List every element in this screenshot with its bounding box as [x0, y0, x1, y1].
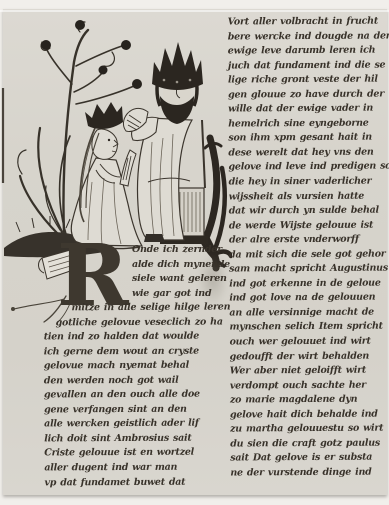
text-line: Wer aber niet geloifft wirt [230, 364, 388, 380]
manuscript-photo: R Onde ich zernder alde dich mynende sie… [0, 0, 389, 505]
text-line: dat wir durch yn sulde behal [229, 204, 387, 220]
text-line: gevallen an den ouch alle doe [44, 388, 206, 403]
text-line: gene verfangen sint an den [44, 402, 206, 417]
text-line: da mit sich die sele got gehor [229, 247, 387, 263]
text-line: ich gerne dem wout an cryste [44, 344, 206, 359]
text-line: mynschen selich Item spricht [229, 320, 387, 336]
text-line: ewige leve darumb leren ich [228, 44, 386, 60]
text-line: du sien die craft gotz paulus [230, 436, 388, 452]
text-line: sam macht spricht Augustinus [229, 262, 387, 278]
left-text-column: mitze in alle selige hilge leren gotlich… [44, 301, 207, 491]
text-line: ind got erkenne in de geloue [229, 276, 387, 292]
text-line: lige riche gront veste der hil [228, 73, 386, 89]
text-line: wille dat der ewige vader in [228, 102, 386, 118]
text-line: mitze in alle selige hilge leren [44, 301, 206, 316]
text-line: juch dat fundament ind die se [228, 58, 386, 74]
left-column-indented-text: Onde ich zernder alde dich mynende siele… [132, 243, 206, 301]
illuminated-initial: R [57, 244, 128, 308]
text-line: alde dich mynende [132, 258, 206, 273]
text-line: zu martha gelouuestu so wirt [230, 422, 388, 438]
text-line: ind got love na de gelouuen [229, 291, 387, 307]
text-line: dese werelt dat hey vns den [228, 145, 386, 161]
text-line: zo marie magdalene dyn [230, 393, 388, 409]
text-line: son ihm xpm gesant hait in [228, 131, 386, 147]
text-line: hemelrich sine eyngeborne [228, 116, 386, 132]
text-line: die hey in siner vaderlicher [229, 175, 387, 191]
text-line: tien ind zo halden dat woulde [44, 330, 206, 345]
plant-buds-icon [41, 20, 142, 89]
text-line: gotliche gelovue veseclich zo ha [44, 315, 206, 330]
text-line: Onde ich zernder [132, 243, 206, 258]
text-line: siele want geleren [132, 272, 206, 287]
text-line: lich doit sint Ambrosius sait [44, 431, 206, 446]
text-line: der alre erste vnderworff [229, 233, 387, 249]
text-line: wijssheit als vursien hatte [229, 189, 387, 205]
text-line: verdompt ouch sachte her [230, 378, 388, 394]
text-line: Criste gelouue ist en wortzel [44, 446, 206, 461]
text-line: ne der vurstende dinge ind [230, 465, 388, 481]
text-line: gen glouue zo have durch der [228, 87, 386, 103]
text-line: de werde Wijste gelouue ist [229, 218, 387, 234]
text-line: vp dat fundamet buwet dat [44, 475, 206, 490]
text-line: gelove ind leve ind predigen solde [228, 160, 386, 176]
text-line: bere wercke ind dougde na dem [228, 29, 386, 45]
maiden-crown-icon [85, 102, 123, 129]
text-line: sait Dat gelove is er substa [230, 451, 388, 467]
text-line: alle wercken geistlich ader lif [44, 417, 206, 432]
text-line: an alle versinnige macht de [229, 305, 387, 321]
right-text-column: Vort aller volbracht in frucht bere werc… [228, 15, 389, 481]
text-line: wie gar got ind [132, 287, 206, 302]
text-line: ouch wer gelouuet ind wirt [230, 335, 388, 351]
text-line: gelovue mach nyemat behal [44, 359, 206, 374]
text-line: aller dugent ind war man [44, 461, 206, 476]
text-line: den werden noch got wail [44, 373, 206, 388]
text-line: gedoufft der wirt behalden [230, 349, 388, 365]
text-line: Vort aller volbracht in frucht [228, 15, 386, 31]
text-line: gelove hait dich behalde ind [230, 407, 388, 423]
